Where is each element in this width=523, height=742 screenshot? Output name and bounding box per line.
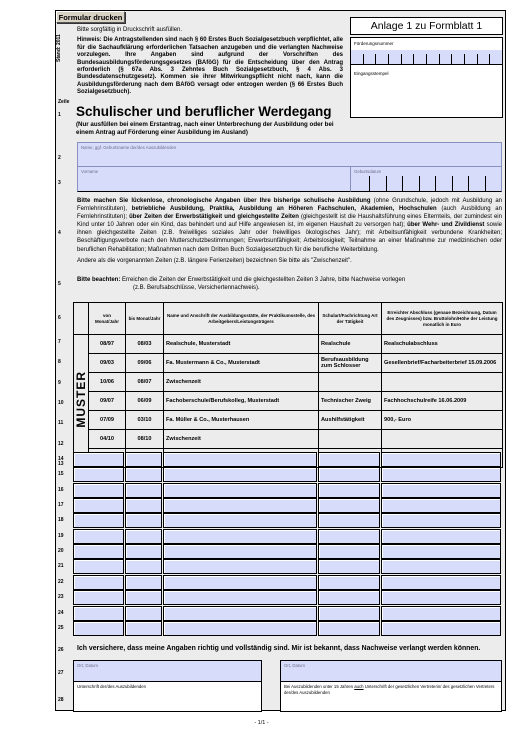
- input-name[interactable]: [163, 529, 317, 544]
- input-von[interactable]: [73, 467, 124, 482]
- row-number: 16: [58, 487, 70, 493]
- table-row: [73, 559, 502, 574]
- col-name: Name und Anschrift der Ausbildungsstätte…: [164, 303, 319, 335]
- declaration-text: Ich versichere, dass meine Angaben richt…: [77, 645, 480, 652]
- foerderungsnummer-input[interactable]: [351, 50, 502, 65]
- input-art[interactable]: [318, 575, 380, 590]
- col-art: Schulart/Fachrichtung Art der Tätigkeit: [319, 303, 382, 335]
- input-bis[interactable]: [125, 513, 162, 528]
- cell-art: Technischer Zweig: [319, 392, 382, 411]
- section-subtitle: (Nur ausfüllen bei einem Erstantrag, nac…: [76, 121, 346, 137]
- input-name[interactable]: [163, 467, 317, 482]
- row-number: 9: [58, 380, 70, 386]
- input-art[interactable]: [318, 559, 380, 574]
- input-von[interactable]: [73, 452, 124, 467]
- row-number: 19: [58, 533, 70, 539]
- input-abschluss[interactable]: [381, 529, 501, 544]
- input-von[interactable]: [73, 606, 124, 621]
- row-number: 12: [58, 441, 70, 447]
- vorname-field-label: Vorname: [81, 169, 98, 174]
- table-row: MUSTER08/9708/03Realschule, MusterstadtR…: [74, 335, 503, 354]
- input-von[interactable]: [73, 483, 124, 498]
- input-art[interactable]: [318, 452, 380, 467]
- intro-hint: Hinweis: Die Antragstellenden sind nach …: [77, 37, 343, 96]
- section-title: Schulischer und beruflicher Werdegang: [76, 104, 332, 119]
- cell-von: 04/10: [89, 430, 126, 449]
- cell-von: 09/03: [89, 354, 126, 373]
- nachweis-note: Bitte beachten: Erreichen die Zeiten der…: [77, 276, 502, 293]
- ort-datum-field-applicant[interactable]: Ort, Datum: [74, 661, 261, 682]
- input-art[interactable]: [318, 544, 380, 559]
- cell-art: Aushilfstätigkeit: [319, 411, 382, 430]
- cell-art: [319, 430, 382, 449]
- table-row: 07/0903/10Fa. Müller & Co., Musterhausen…: [74, 411, 503, 430]
- input-abschluss[interactable]: [381, 513, 501, 528]
- eingangsstempel-label: Eingangsstempel: [354, 71, 389, 76]
- input-von[interactable]: [73, 513, 124, 528]
- input-art[interactable]: [318, 529, 380, 544]
- ort-datum-field-guardian[interactable]: Ort, Datum: [281, 661, 501, 682]
- signature-caption-applicant: Unterschrift der/des Auszubildenden: [77, 684, 146, 690]
- input-name[interactable]: [163, 590, 317, 605]
- cell-bis: 08/03: [126, 335, 164, 354]
- cell-name: Zwischenzeit: [164, 430, 319, 449]
- cell-von: 08/97: [89, 335, 126, 354]
- row-number: 18: [58, 517, 70, 523]
- table-row: [73, 513, 502, 528]
- cell-abschluss: 900,- Euro: [382, 411, 503, 430]
- input-name[interactable]: [163, 544, 317, 559]
- input-name[interactable]: [163, 452, 317, 467]
- row-number: 6: [58, 315, 70, 321]
- input-abschluss[interactable]: [381, 483, 501, 498]
- input-name[interactable]: [163, 483, 317, 498]
- input-abschluss[interactable]: [381, 452, 501, 467]
- cell-bis: 08/10: [126, 430, 164, 449]
- cell-abschluss: Gesellenbrief/Facharbeiterbrief 15.09.20…: [382, 354, 503, 373]
- cell-bis: 03/10: [126, 411, 164, 430]
- cell-art: [319, 373, 382, 392]
- input-von[interactable]: [73, 544, 124, 559]
- row-number: 22: [58, 579, 70, 585]
- table-row: [73, 452, 502, 467]
- foerderungsnummer-box: Förderungsnummer Eingangsstempel: [350, 37, 503, 118]
- input-von[interactable]: [73, 559, 124, 574]
- input-von[interactable]: [73, 529, 124, 544]
- table-row: [73, 621, 502, 636]
- table-row: 09/0706/09Fachoberschule/Berufskolleg, M…: [74, 392, 503, 411]
- row-number: 8: [58, 359, 70, 365]
- table-row: [73, 483, 502, 498]
- geburtsdatum-field-label: Geburtsdatum: [354, 169, 381, 174]
- row-number: 15: [58, 471, 70, 477]
- row-number: 2: [58, 155, 70, 161]
- cell-name: Fachoberschule/Berufskolleg, Musterstadt: [164, 392, 319, 411]
- row-number: 11: [58, 420, 70, 426]
- table-row: [73, 544, 502, 559]
- input-name[interactable]: [163, 606, 317, 621]
- table-row: [73, 467, 502, 482]
- vorname-field[interactable]: Vorname: [77, 166, 351, 192]
- intro-lead: Bitte sorgfältig in Druckschrift ausfüll…: [77, 27, 343, 34]
- input-art[interactable]: [318, 621, 380, 636]
- cell-name: Realschule, Musterstadt: [164, 335, 319, 354]
- cell-name: Zwischenzeit: [164, 373, 319, 392]
- cell-name: Fa. Mustermann & Co., Musterstadt: [164, 354, 319, 373]
- cell-name: Fa. Müller & Co., Musterhausen: [164, 411, 319, 430]
- input-abschluss[interactable]: [381, 575, 501, 590]
- signature-caption-guardian: Bei Auszubildenden unter 15 Jahren auch …: [284, 684, 501, 695]
- name-field-label: Name, ggf. Geburtsname der/des Auszubild…: [81, 145, 176, 150]
- geburtsdatum-field[interactable]: Geburtsdatum: [350, 166, 502, 192]
- signature-box-applicant: Ort, Datum Unterschrift der/des Auszubil…: [73, 660, 262, 712]
- input-bis[interactable]: [125, 575, 162, 590]
- cell-abschluss: [382, 430, 503, 449]
- row-number: 7: [58, 339, 70, 345]
- col-bis: bis Monat/Jahr: [126, 303, 164, 335]
- row-number: 21: [58, 563, 70, 569]
- input-abschluss[interactable]: [381, 498, 501, 513]
- cell-von: 10/06: [89, 373, 126, 392]
- input-bis[interactable]: [125, 544, 162, 559]
- col-abschluss: Erreichter Abschluss (genaue Bezeichnung…: [382, 303, 503, 335]
- input-art[interactable]: [318, 590, 380, 605]
- name-field[interactable]: Name, ggf. Geburtsname der/des Auszubild…: [77, 142, 502, 167]
- row-number: 28: [58, 697, 70, 703]
- table-row: [73, 575, 502, 590]
- stand-label: Stand: 2011: [56, 28, 68, 68]
- row-number: 17: [58, 502, 70, 508]
- col-blank: [74, 303, 89, 335]
- row-number: 27: [58, 670, 70, 676]
- intro-text: Bitte sorgfältig in Druckschrift ausfüll…: [77, 27, 343, 97]
- input-bis[interactable]: [125, 606, 162, 621]
- signature-box-guardian: Ort, Datum Bei Auszubildenden unter 15 J…: [280, 660, 502, 712]
- cell-von: 09/07: [89, 392, 126, 411]
- table-row: [73, 498, 502, 513]
- table-row: 10/0608/07Zwischenzeit: [74, 373, 503, 392]
- cell-abschluss: Realschulabschluss: [382, 335, 503, 354]
- table-row: 09/0309/06Fa. Mustermann & Co., Musterst…: [74, 354, 503, 373]
- row-number: 3: [58, 180, 70, 186]
- row-number: 10: [58, 400, 70, 406]
- input-von[interactable]: [73, 498, 124, 513]
- input-abschluss[interactable]: [381, 606, 501, 621]
- input-name[interactable]: [163, 575, 317, 590]
- input-name[interactable]: [163, 513, 317, 528]
- cell-bis: 09/06: [126, 354, 164, 373]
- input-von[interactable]: [73, 590, 124, 605]
- page-number: - 1/1 -: [0, 720, 523, 726]
- instructions-paragraph: Bitte machen Sie lückenlose, chronologis…: [77, 197, 502, 265]
- row-number: 25: [58, 625, 70, 631]
- row-number: 24: [58, 610, 70, 616]
- input-bis[interactable]: [125, 467, 162, 482]
- input-bis[interactable]: [125, 529, 162, 544]
- muster-watermark: MUSTER: [74, 335, 89, 468]
- input-art[interactable]: [318, 483, 380, 498]
- werdegang-sample-table: von Monat/Jahr bis Monat/Jahr Name und A…: [73, 302, 503, 468]
- table-row: [73, 529, 502, 544]
- row-number: 14: [58, 456, 70, 462]
- row-number: 4: [58, 230, 70, 236]
- print-form-button[interactable]: Formular drucken: [56, 11, 125, 23]
- cell-art: Realschule: [319, 335, 382, 354]
- cell-abschluss: [382, 373, 503, 392]
- table-row: [73, 606, 502, 621]
- input-abschluss[interactable]: [381, 590, 501, 605]
- table-row: 04/1008/10Zwischenzeit: [74, 430, 503, 449]
- input-name[interactable]: [163, 498, 317, 513]
- row-number: 1: [58, 112, 70, 118]
- table-row: [73, 590, 502, 605]
- input-bis[interactable]: [125, 559, 162, 574]
- row-number: 20: [58, 548, 70, 554]
- input-von[interactable]: [73, 621, 124, 636]
- input-abschluss[interactable]: [381, 559, 501, 574]
- cell-bis: 06/09: [126, 392, 164, 411]
- row-number: 23: [58, 594, 70, 600]
- row-number: 5: [58, 281, 70, 287]
- input-art[interactable]: [318, 467, 380, 482]
- input-art[interactable]: [318, 513, 380, 528]
- input-bis[interactable]: [125, 498, 162, 513]
- input-bis[interactable]: [125, 590, 162, 605]
- input-art[interactable]: [318, 498, 380, 513]
- zwischenzeit-note: Andere als die vorgenannten Zeiten (z.B.…: [77, 257, 502, 265]
- input-name[interactable]: [163, 621, 317, 636]
- input-bis[interactable]: [125, 483, 162, 498]
- input-abschluss[interactable]: [381, 621, 501, 636]
- input-von[interactable]: [73, 575, 124, 590]
- input-bis[interactable]: [125, 452, 162, 467]
- col-von: von Monat/Jahr: [89, 303, 126, 335]
- zeile-label: Zeile: [58, 99, 69, 105]
- input-abschluss[interactable]: [381, 544, 501, 559]
- input-bis[interactable]: [125, 621, 162, 636]
- input-art[interactable]: [318, 606, 380, 621]
- cell-bis: 08/07: [126, 373, 164, 392]
- cell-von: 07/09: [89, 411, 126, 430]
- cell-abschluss: Fachhochschulreife 16.06.2009: [382, 392, 503, 411]
- row-number: 26: [58, 647, 70, 653]
- cell-art: Berufsausbildung zum Schlosser: [319, 354, 382, 373]
- foerderungsnummer-label: Förderungsnummer: [354, 41, 394, 46]
- input-abschluss[interactable]: [381, 467, 501, 482]
- input-name[interactable]: [163, 559, 317, 574]
- anlage-title: Anlage 1 zu Formblatt 1: [350, 17, 503, 35]
